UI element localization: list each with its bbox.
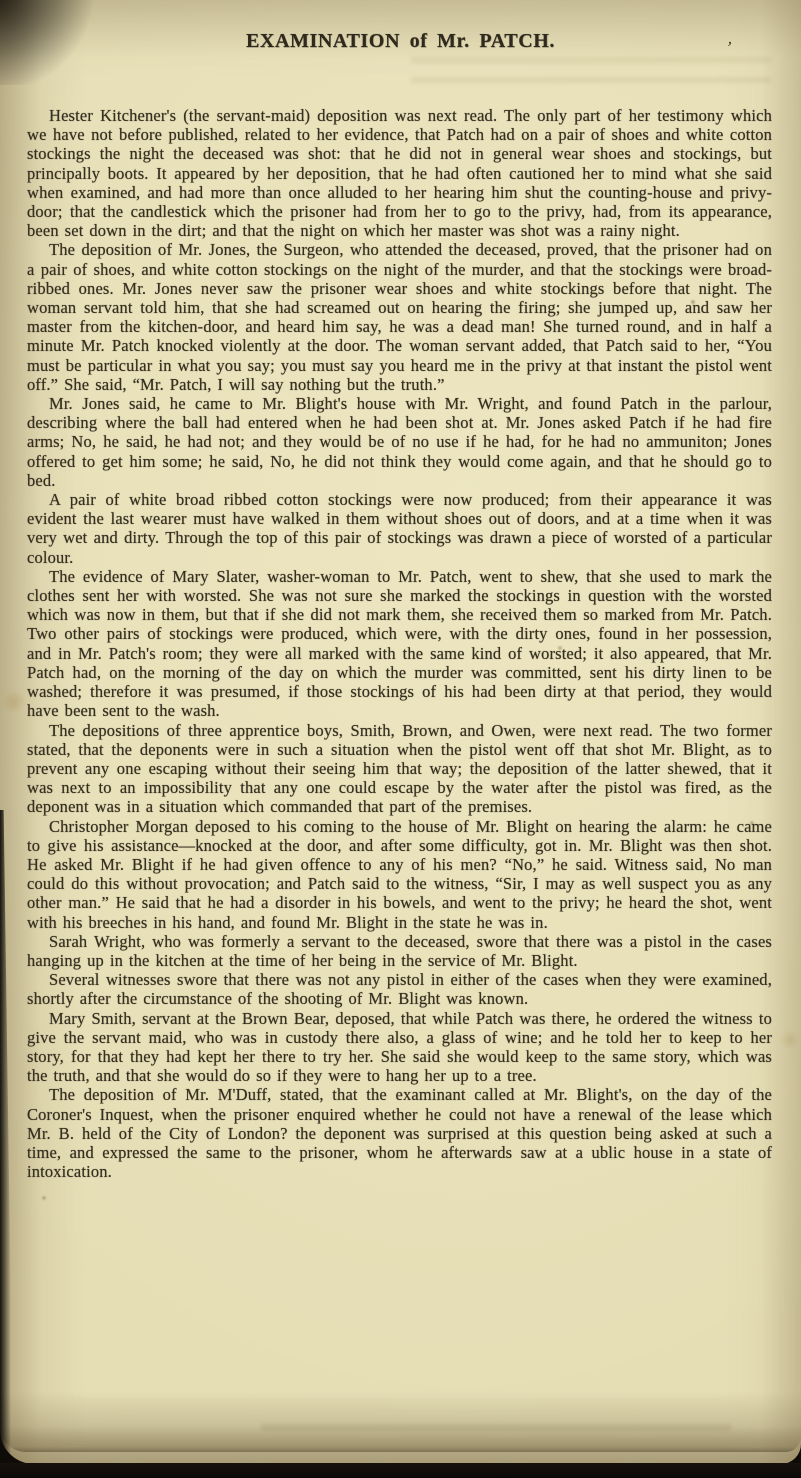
paragraph-jones-surgeon-deposition: The deposition of Mr. Jones, the Surgeon… xyxy=(27,240,772,394)
paragraph-apprentice-boys-depositions: The depositions of three apprentice boys… xyxy=(27,721,772,817)
paragraph-hester-kitchener-deposition: Hester Kitchener's (the servant-maid) de… xyxy=(27,106,772,240)
paragraph-sarah-wright-testimony: Sarah Wright, who was formerly a servant… xyxy=(27,932,772,970)
scan-bottom-band xyxy=(0,1463,801,1478)
paragraph-mcduff-deposition: The deposition of Mr. M'Duff, stated, th… xyxy=(27,1085,772,1181)
document-body: Hester Kitchener's (the servant-maid) de… xyxy=(27,106,772,1181)
paragraph-christopher-morgan-deposition: Christopher Morgan deposed to his coming… xyxy=(27,817,772,932)
paragraph-mary-slater-evidence: The evidence of Mary Slater, washer-woma… xyxy=(27,567,772,721)
page-title: EXAMINATION of Mr. PATCH. xyxy=(0,30,801,53)
paragraph-stockings-produced: A pair of white broad ribbed cotton stoc… xyxy=(27,490,772,567)
paper-page: EXAMINATION of Mr. PATCH. ’ Hester Kitch… xyxy=(0,0,801,1464)
paragraph-mary-smith-brown-bear: Mary Smith, servant at the Brown Bear, d… xyxy=(27,1009,772,1086)
paragraph-jones-parlour-firearms: Mr. Jones said, he came to Mr. Blight's … xyxy=(27,394,772,490)
scanned-book-page: EXAMINATION of Mr. PATCH. ’ Hester Kitch… xyxy=(0,0,801,1478)
paragraph-several-witnesses: Several witnesses swore that there was n… xyxy=(27,970,772,1008)
page-bottom-edge-shadow xyxy=(0,1426,801,1452)
